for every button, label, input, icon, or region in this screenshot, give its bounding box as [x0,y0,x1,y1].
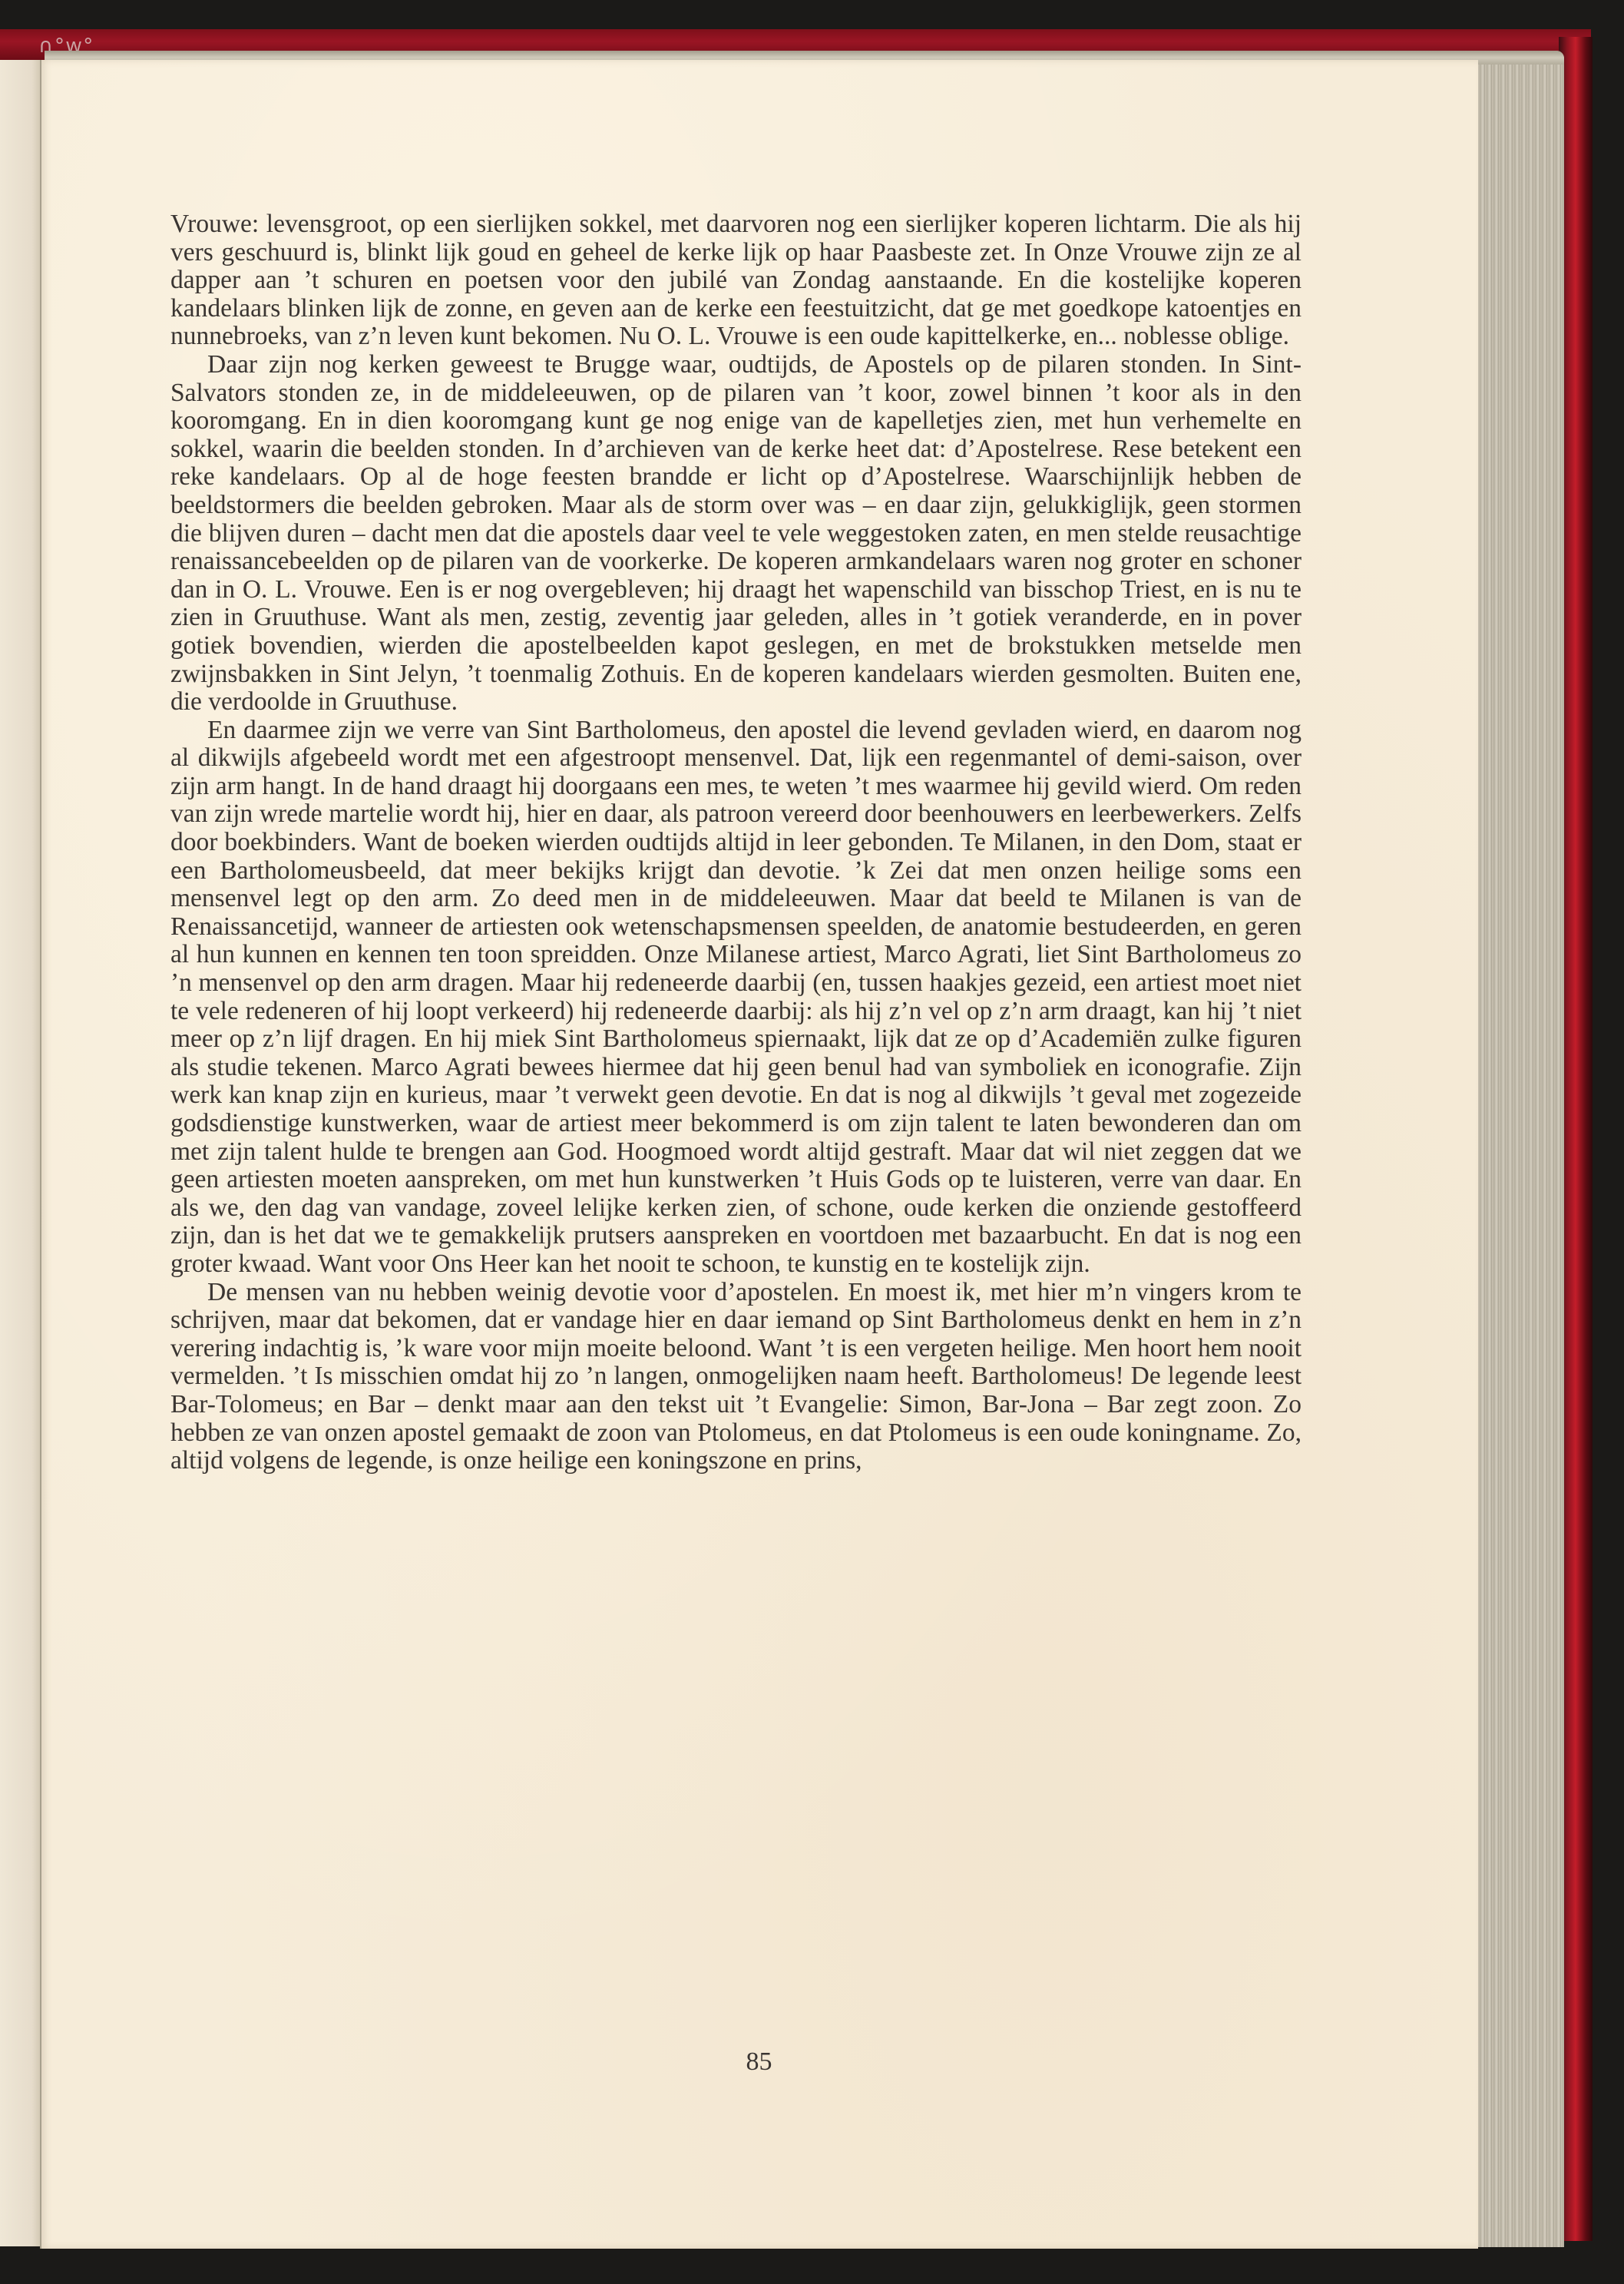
paragraph-devotie: De mensen van nu hebben weinig devotie v… [170,1279,1302,1475]
paragraph-apostelrese: Daar zijn nog kerken geweest te Brugge w… [170,351,1302,717]
paragraph-bartholomeus: En daarmee zijn we verre van Sint Bartho… [170,717,1302,1279]
page-gutter [40,60,41,2249]
facing-page-sliver [0,60,40,2246]
page-number: 85 [40,2047,1478,2077]
page-stack-edges [1478,51,1564,2247]
body-text: Vrouwe: levensgroot, op een sierlijken s… [170,210,1302,1475]
paragraph-continuation: Vrouwe: levensgroot, op een sierlijken s… [170,210,1302,351]
